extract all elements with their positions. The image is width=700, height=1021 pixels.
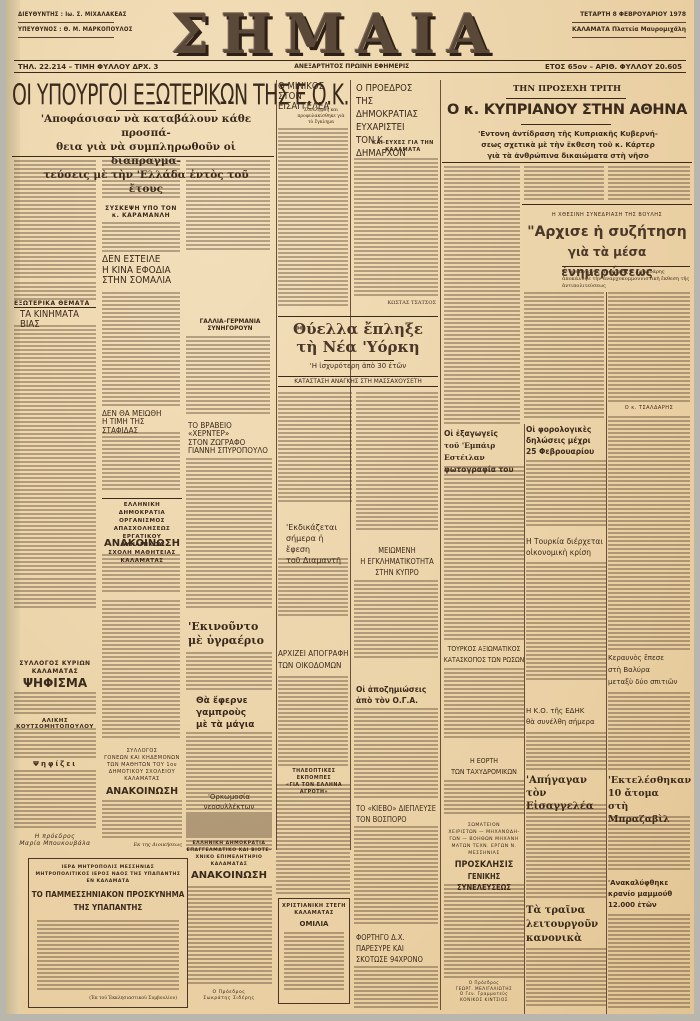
headline-line: Οἱ ἀποζημιώσεις [356, 684, 440, 695]
kyprianou-body-col2 [524, 166, 604, 202]
rule [116, 110, 216, 111]
headline-line: ΠΑΡΕΣΥΡΕ ΚΑΙ [356, 943, 440, 954]
school-signature: Εκ της Διοικήσεως [116, 842, 182, 848]
exports-body [444, 466, 524, 642]
headline-line: κρανίο μαμμούθ [608, 889, 692, 900]
union-kicker: ΣΩΜΑΤΕΙΟΝ ΧΕΙΡΙΣΤΩΝ — ΜΗΧΑΝΟΔΗ- ΓΩΝ — ΒΟ… [442, 822, 526, 857]
headline-line: 'Απήγαγαν [526, 774, 608, 787]
headline-line: ΔΕΝ ΕΣΤΕΙΛΕ [102, 255, 182, 266]
parliament-deck: 'Ο ὑφυπουργὸς Προεδρίας κ. Τσαλδάρης ἀπο… [562, 266, 690, 290]
kicker-line: ΤΗΛΕΟΠΤΙΚΕΣ ΕΚΠΟΜΠΕΣ [276, 768, 352, 782]
phone-price: ΤΗΛ. 22.214 – ΤΙΜΗ ΦΥΛΛΟΥ ΔΡΧ. 3 [18, 63, 158, 71]
kicker-line: ΧΡΙΣΤΙΑΝΙΚΗ ΣΤΕΓΗ [279, 903, 349, 910]
headline-line: λειτουργοῦν [526, 918, 608, 932]
kievo-body [354, 826, 438, 926]
newspaper-title: ΣΗΜΑΙΑ [166, 4, 506, 64]
herder-body [186, 458, 272, 608]
apografi-body [278, 676, 348, 766]
minikos-deck: Συνελήφθη και προφυλακίσθηκε γιὰ τὸ ἔγκλ… [296, 108, 346, 126]
oath-body [186, 814, 272, 836]
turkey-body [526, 562, 606, 680]
headline-line: ΓΙΑΝΝΗ ΣΠΥΡΟΠΟΥΛΟ [188, 447, 274, 455]
headline-line: ΤΟΥΡΚΟΣ ΑΞΙΩΜΑΤΙΚΟΣ [442, 644, 526, 655]
signature-name: Μαρία Μπουκουβάλα [14, 840, 96, 847]
kicker-line: ΣΥΛΛΟΓΟΣ [102, 748, 182, 755]
school-headline: ΑΝΑΚΟΙΝΩΣΗ [102, 786, 182, 797]
syskepsi-kicker: ΣΥΣΚΕΨΗ ΥΠΟ ΤΟΝ κ. ΚΑΡΑΜΑΝΛΗ [102, 205, 180, 219]
eok-subhead-line: 'Αποφάσισαν νὰ καταβάλουν κάθε προσπά- [28, 112, 264, 140]
kicker-line: ΓΩΝ — ΒΟΗΘΩΝ ΜΗΧΑΝΗ [442, 836, 526, 843]
kicker-line: ΚΑΛΑΜΑΤΑΣ [186, 861, 272, 868]
technical-kicker: ΕΛΛΗΝΙΚΗ ΔΗΜΟΚΡΑΤΙΑ ΕΠΑΓΓΕΛΜΑΤΙΚΟ ΚΑΙ ΒΙ… [186, 840, 272, 868]
psifisma-headline: ΨΗΦΙΣΜΑ [14, 676, 96, 690]
farmers-body [276, 784, 350, 896]
director-credit: ΔΙΕΥΘΥΝΤΗΣ : Ιω. Σ. ΜΙΧΑΛΑΚΕΑΣ [18, 8, 114, 23]
grooms-headline: Θὰ ἔφερνε γαμπροὺς μὲ τὰ μάγια [196, 695, 276, 731]
signature-line: ΚΟΝΙΚΟΣ ΚΙΝΤΣΙΟΣ [442, 997, 526, 1003]
taxes-headline: Οἱ φορολογικὲς δηλώσεις μέχρι 25 Φεβρουα… [526, 424, 606, 457]
truck-headline: ΦΟΡΤΗΓΟ Δ.Χ. ΠΑΡΕΣΥΡΕ ΚΑΙ ΣΚΟΤΩΣΕ 94ΧΡΟΝ… [356, 932, 440, 965]
pasok-meeting-headline: Η Κ.Ο. τῆς ΕΔΗΚ θὰ συνέλθη σήμερα [526, 706, 608, 728]
signature-role: Η πρόεδρος [14, 833, 96, 840]
headline-line: ΤΗΣ ΔΗΜΟΚΡΑΤΙΑΣ [356, 95, 436, 121]
headline-line: θὰ συνέλθη σήμερα [526, 717, 608, 728]
kicker-line: ΚΑΛΑΜΑΤΑΣ [102, 776, 182, 783]
pilgrimage-notice: ΙΕΡΑ ΜΗΤΡΟΠΟΛΙΣ ΜΕΣΣΗΝΙΑΣ ΜΗΤΡΟΠΟΛΙΤΙΚΟΣ… [28, 858, 188, 1008]
column-divider [276, 80, 277, 850]
technical-headline: ΑΝΑΚΟΙΝΩΣΗ [186, 870, 272, 882]
oath-headline: 'Ορκωμοσία νεοσυλλέκτων [186, 792, 272, 812]
kyprianou-body-col3 [608, 166, 690, 202]
headline-line: Θὰ ἔφερνε [196, 695, 276, 707]
headline-line: ΤΟΝ ΒΟΣΠΟΡΟ [356, 814, 442, 825]
headline-line: 'Ανακαλύφθηκε [608, 878, 692, 889]
newyork-subhead: ΚΑΤΑΣΤΑΣΗ ΑΝΑΓΚΗΣ ΣΤΗ ΜΑΣΣΑΧΟΥΣΕΤΗ [278, 376, 438, 387]
kicker-line: ΕΛΛΗΝΙΚΗ ΔΗΜΟΚΡΑΤΙΑ [102, 501, 182, 517]
headline-line: ΜΕΙΩΜΕΝΗ [354, 545, 440, 556]
oaed-headline: ΑΝΑΚΟΙΝΩΣΗ [102, 538, 182, 550]
oga-body [354, 708, 438, 798]
oga-headline: Οἱ ἀποζημιώσεις ἀπὸ τὸν Ο.Γ.Α. [356, 684, 440, 706]
kicker-line: ΧΝΙΚΟ ΕΠΙΜΕΛΗΤΗΡΙΟ [186, 854, 272, 861]
psifisma-body [14, 692, 96, 716]
headline-line: ΣΚΟΤΩΣΕ 94ΧΡΟΝΟ [356, 954, 440, 965]
headline-line: ΤΟ «ΚΙΕΒΟ» ΔΙΕΠΛΕΥΣΕ [356, 803, 442, 814]
headline-line: Κεραυνὸς ἔπεσε [608, 652, 692, 664]
headline-line: νεοσυλλέκτων [186, 802, 272, 812]
somalia-headline: ΔΕΝ ΕΣΤΕΙΛΕ Η ΚΙΝΑ ΕΦΟΔΙΑ ΣΤΗΝ ΣΟΜΑΛΙΑ [102, 255, 182, 287]
pilgrimage-kicker: ΙΕΡΑ ΜΗΤΡΟΠΟΛΙΣ ΜΕΣΣΗΝΙΑΣ ΜΗΤΡΟΠΟΛΙΤΙΚΟΣ… [29, 864, 187, 885]
school-kicker: ΣΥΛΛΟΓΟΣ ΓΟΝΕΩΝ ΚΑΙ ΚΗΔΕΜΟΝΩΝ ΤΩΝ ΜΑΘΗΤΩ… [102, 748, 182, 783]
kicker-line: ΜΕΣΣΗΝΙΑΣ [442, 850, 526, 857]
headline-line: σήμερα ἡ ἔφεση [286, 533, 350, 555]
parliament-body-col2 [608, 292, 690, 402]
trains-headline: Τὰ τραῖνα λειτουργοῦν κανονικὰ [526, 904, 608, 946]
kicker-line: ΧΕΙΡΙΣΤΩΝ — ΜΗΧΑΝΟΔΗ- [442, 829, 526, 836]
kicker-line: ΕΝ ΚΑΛΑΜΑΤΑ [29, 878, 187, 885]
parliament-body-col1 [524, 292, 604, 420]
kicker-line: ΚΑΛΑΜΑΤΑΣ [14, 668, 96, 676]
headline-line: Η Τουρκία διέρχεται [526, 536, 608, 547]
kyprianou-kicker: ΤΗΝ ΠΡΟΣΕΧΗ ΤΡΙΤΗ [442, 85, 692, 95]
foreign-kicker: ΕΞΩΤΕΡΙΚΑ ΘΕΜΑΤΑ [14, 300, 96, 308]
germany-body [186, 336, 270, 416]
headline-line: ΣΥΝΗΓΟΡΟΥΝ [188, 325, 272, 332]
rule [521, 124, 611, 125]
christian-headline: ΟΜΙΛΙΑ [279, 920, 349, 928]
headline-line: Οἱ ἐξαγωγεῖς [444, 428, 524, 440]
minikos-body [278, 128, 348, 308]
psifisma-kicker: ΣΥΛΛΟΓΟΣ ΚΥΡΙΩΝ ΚΑΛΑΜΑΤΑΣ [14, 660, 96, 676]
parliament-kicker: Η ΧΘΕΣΙΝΗ ΣΥΝΕΔΡΙΑΣΗ ΤΗΣ ΒΟΥΛΗΣ [522, 212, 692, 218]
pilgrimage-body [37, 920, 179, 990]
headline-line: ΠΡΟΣΚΛΗΣΙΣ [442, 860, 526, 871]
headline-line: 25 Φεβρουαρίου [526, 446, 606, 457]
trains-body [526, 948, 606, 1006]
subhead-line: γιὰ τὰ ἀνθρώπινα δικαιώματα στὴ νῆσο [452, 150, 684, 161]
cyprus-crime-body [354, 580, 438, 660]
kievo-headline: ΤΟ «ΚΙΕΒΟ» ΔΙΕΠΛΕΥΣΕ ΤΟΝ ΒΟΣΠΟΡΟ [356, 803, 442, 825]
headline-line: 'Ορκωμοσία [186, 792, 272, 802]
kyprianou-subhead: 'Εντονη ἀντίδραση τῆς Κυπριακῆς Κυβερνή-… [452, 128, 684, 161]
headline-line: ΑΡΧΙΖΕΙ ΑΠΟΓΡΑΦΗ [278, 648, 350, 660]
kicker-line: ΚΑΛΑΜΑΤΑΣ [279, 910, 349, 917]
parliament-byline: Ο κ. ΤΣΑΛΔΑΡΗΣ [608, 405, 690, 411]
column-divider [440, 80, 441, 1010]
headline-line: ΚΑΤΑΣΚΟΠΟΣ ΤΩΝ ΡΩΣΩΝ [442, 655, 526, 666]
psifisma-verb: Ψηφίζει [14, 760, 96, 768]
hijack-headline: 'Εκινοῦντο μὲ ὑγραέριο [188, 620, 274, 648]
headline-line: 'Εκτελέσθηκαν [608, 774, 692, 787]
masthead-staff: ΔΙΕΥΘΥΝΤΗΣ : Ιω. Σ. ΜΙΧΑΛΑΚΕΑΣ ΥΠΕΥΘΥΝΟΣ… [18, 8, 114, 38]
lightning-body [608, 692, 690, 770]
kicker-line: ΤΩΝ ΜΑΘΗΤΩΝ ΤΟΥ 1ου [102, 762, 182, 769]
headline-line: Η ΕΓΚΛΗΜΑΤΙΚΟΤΗΤΑ [354, 556, 440, 567]
headline-line: ΣΤΗΝ ΣΟΜΑΛΙΑ [102, 276, 182, 287]
rule [442, 162, 692, 163]
brazzaville-body [608, 816, 690, 872]
newyork-body [278, 392, 352, 502]
issue-number: ΕΤΟΣ 65ον – ΑΡΙΘ. ΦΥΛΛΟΥ 20.605 [545, 63, 682, 71]
headline-line: 'Εκινοῦντο [188, 620, 274, 634]
rule [12, 156, 274, 157]
lightning-headline: Κεραυνὸς ἔπεσε στὴ Βαλύρα μεταξὺ δύο σπι… [608, 652, 692, 688]
diamantis-body [278, 558, 348, 618]
masthead-bar: ΤΗΛ. 22.214 – ΤΙΜΗ ΦΥΛΛΟΥ ΔΡΧ. 3 ΑΝΕΞΑΡΤ… [14, 60, 686, 73]
postal-headline: Η ΕΟΡΤΗ ΤΩΝ ΤΑΧΥΔΡΟΜΙΚΩΝ [442, 756, 526, 778]
kicker-line: ΕΛΛΗΝΙΚΗ ΔΗΜΟΚΡΑΤΙΑ [186, 840, 272, 847]
psifisma-signature: Η πρόεδρος Μαρία Μπουκουβάλα [14, 833, 96, 847]
germany-headline: ΓΑΛΛΙΑ–ΓΕΡΜΑΝΙΑ ΣΥΝΗΓΟΡΟΥΝ [188, 318, 272, 332]
rule [324, 360, 394, 361]
kicker-line: ΕΠΑΓΓΕΛΜΑΤΙΚΟ ΚΑΙ ΒΙΟΤΕ- [186, 847, 272, 854]
masthead-info: ΤΕΤΑΡΤΗ 8 ΦΕΒΡΟΥΑΡΙΟΥ 1978 ΚΑΛΑΜΑΤΑ Πλατ… [572, 8, 686, 38]
mammoth-body [608, 914, 690, 1008]
psifisma-body-2 [14, 728, 96, 758]
technical-body [188, 886, 272, 986]
prosecutor-body [526, 804, 606, 900]
headline-line: 10 ἄτομα [608, 787, 692, 800]
parliament-body-col2b [608, 416, 690, 652]
kicker-line: ΓΟΝΕΩΝ ΚΑΙ ΚΗΔΕΜΟΝΩΝ [102, 755, 182, 762]
signature-line: Σωκράτης Σιδέρης [186, 996, 272, 1002]
headline-line: ΤΟ ΒΡΑΒΕΙΟ «ΧΕΡΝΤΕΡ» [188, 422, 274, 439]
headline-line: μὲ ὑγραέριο [188, 634, 274, 648]
headline-line: 12.000 ἐτῶν [608, 900, 692, 911]
psifisma-body-3 [14, 770, 96, 830]
eok-body [14, 160, 96, 280]
headline-line: Οἱ φορολογικὲς [526, 424, 606, 435]
kyprianou-body-col1 [444, 166, 520, 426]
kicker-line: ΟΡΓΑΝΙΣΜΟΣ ΑΠΑΣΧΟΛΗΣΕΩΣ [102, 517, 182, 533]
taxes-body [526, 460, 606, 526]
column-divider [524, 424, 525, 1014]
christian-kicker: ΧΡΙΣΤΙΑΝΙΚΗ ΣΤΕΓΗ ΚΑΛΑΜΑΤΑΣ [279, 903, 349, 917]
pasok-meeting-body [526, 732, 606, 772]
president-body [354, 158, 438, 298]
kicker-line: ΣΩΜΑΤΕΙΟΝ [442, 822, 526, 829]
kicker-text: ΣΥΣΚΕΨΗ ΥΠΟ ΤΟΝ κ. ΚΑΡΑΜΑΝΛΗ [102, 205, 180, 219]
headline-line: στὴ Βαλύρα [608, 664, 692, 676]
headline-line: "Αρχισε ἡ συζήτηση [522, 222, 692, 242]
kyprianou-headline: Ο κ. ΚΥΠΡΙΑΝΟΥ ΣΤΗΝ ΑΘΗΝΑ [442, 102, 692, 119]
stafida-body [102, 432, 180, 492]
spy-headline: ΤΟΥΡΚΟΣ ΑΞΙΩΜΑΤΙΚΟΣ ΚΑΤΑΣΚΟΠΟΣ ΤΩΝ ΡΩΣΩΝ [442, 644, 526, 666]
technical-signature: Ο Πρόεδρος Σωκράτης Σιδέρης [186, 990, 272, 1002]
editor-credit: ΥΠΕΥΘΥΝΟΣ : Θ. Μ. ΜΑΡΚΟΠΟΥΛΟΣ [18, 23, 114, 38]
headline-line: Η ΕΟΡΤΗ [442, 756, 526, 767]
kicker-line: ΜΗΤΡΟΠΟΛΙΤΙΚΟΣ ΙΕΡΟΣ ΝΑΟΣ ΤΗΣ ΥΠΑΠΑΝΤΗΣ [29, 871, 187, 878]
union-signature: Ο Πρόεδρος ΓΕΩΡΓ. ΜΕΛΙΓΑΛΙΩΤΗΣ Ο Γεν. Γρ… [442, 980, 526, 1002]
rule [522, 204, 692, 205]
headline-line: μὲ τὰ μάγια [196, 719, 276, 731]
apografi-headline: ΑΡΧΙΖΕΙ ΑΠΟΓΡΑΦΗ ΤΩΝ ΟΙΚΟΔΟΜΩΝ [278, 648, 350, 672]
kicker-line: ΣΥΛΛΟΓΟΣ ΚΥΡΙΩΝ [14, 660, 96, 668]
kicker-line: ΙΕΡΑ ΜΗΤΡΟΠΟΛΙΣ ΜΕΣΣΗΝΙΑΣ [29, 864, 187, 871]
headline-line: ΣΤΗΝ ΚΥΠΡΟ [354, 567, 440, 578]
rule [278, 316, 438, 317]
newyork-body-col2 [356, 392, 438, 532]
subhead-line: σεως σχετικὰ μὲ τὴν ἔκθεση τοῦ κ. Κάρτερ [452, 139, 684, 150]
syskepsi-body [102, 222, 180, 252]
union-body [444, 884, 524, 980]
headline-line: ΦΟΡΤΗΓΟ Δ.Χ. [356, 932, 440, 943]
office-address: ΚΑΛΑΜΑΤΑ Πλατεία Μαυρομιχάλη [572, 23, 686, 38]
tagline: ΑΝΕΞΑΡΤΗΤΟΣ ΠΡΩΙΝΗ ΕΦΗΜΕΡΙΣ [294, 63, 409, 70]
headline-line: Η Κ.Ο. τῆς ΕΔΗΚ [526, 706, 608, 717]
christian-body [284, 932, 344, 992]
hijack-body [186, 652, 272, 692]
newspaper-page: ΔΙΕΥΘΥΝΤΗΣ : Ιω. Σ. ΜΙΧΑΛΑΚΕΑΣ ΥΠΕΥΘΥΝΟΣ… [6, 0, 694, 1014]
oaed-body [102, 554, 180, 594]
newyork-deck: 'Η ἰσχυρότερη ἀπὸ 30 ἐτῶν [278, 362, 438, 370]
issue-date: ΤΕΤΑΡΤΗ 8 ΦΕΒΡΟΥΑΡΙΟΥ 1978 [572, 8, 686, 23]
somalia-body [102, 292, 180, 382]
spy-body [444, 668, 524, 740]
headline-line: ΤΗΣ ΥΠΑΠΑΝΤΗΣ [29, 901, 187, 914]
pilgrimage-signature: (Ἐκ τοῦ Ἐκκλησιαστικοῦ Συμβουλίου) [29, 996, 187, 1001]
eok-body-col3 [186, 160, 270, 250]
school-left-body [102, 600, 180, 740]
president-deck: ΚΑΙ ΕΥΧΕΣ ΓΙΑ ΤΗΝ ΚΑΛΑΜΑΤΑ [368, 140, 438, 154]
headline-line: τοῦ 'Εμπάιρ Εστέιλαν [444, 440, 524, 464]
subhead-line: 'Εντονη ἀντίδραση τῆς Κυπριακῆς Κυβερνή- [452, 128, 684, 139]
pilgrimage-headline: ΤΟ ΠΑΜΜΕΣΣΗΝΙΑΚΟΝ ΠΡΟΣΚΥΝΗΜΑ ΤΗΣ ΥΠΑΠΑΝΤ… [29, 888, 187, 914]
headline-line: ΕΥΧΑΡΙΣΤΕΙ [356, 121, 436, 134]
truck-body [354, 966, 438, 1008]
headline-line: κανονικὰ [526, 932, 608, 946]
school-body [102, 800, 182, 840]
mammoth-headline: 'Ανακαλύφθηκε κρανίο μαμμούθ 12.000 ἐτῶν [608, 878, 692, 911]
headline-line: γαμπροὺς [196, 707, 276, 719]
herder-headline: ΤΟ ΒΡΑΒΕΙΟ «ΧΕΡΝΤΕΡ» ΣΤΟΝ ΖΩΓΡΑΦΟ ΓΙΑΝΝΗ… [188, 422, 274, 456]
headline-line: 'Εκδικάζεται [286, 522, 350, 533]
headline-line: οἰκονομικὴ κρίση [526, 547, 608, 558]
headline-line: Ο ΠΡΟΕΔΡΟΣ [356, 82, 436, 95]
headline-line: δηλώσεις μέχρι [526, 435, 606, 446]
rule [506, 98, 626, 99]
col1-body [14, 282, 96, 300]
newyork-headline: Θύελλα ἔπληξε τὴ Νέα 'Υόρκη [278, 320, 438, 356]
headline-line: ΤΩΝ ΤΑΧΥΔΡΟΜΙΚΩΝ [442, 767, 526, 778]
col1-body-2 [14, 578, 96, 610]
headline-line: ΤΩΝ ΟΙΚΟΔΟΜΩΝ [278, 660, 350, 672]
column-divider [606, 292, 607, 1014]
headline-line: Τὰ τραῖνα [526, 904, 608, 918]
christian-notice: ΧΡΙΣΤΙΑΝΙΚΗ ΣΤΕΓΗ ΚΑΛΑΜΑΤΑΣ ΟΜΙΛΙΑ [278, 898, 350, 1004]
col2-body [102, 384, 180, 408]
eok-body-col2 [102, 160, 180, 200]
postal-body [444, 780, 524, 816]
eok-headline: ΟΙ ΥΠΟΥΡΓΟΙ ΕΞΩΤΕΡΙΚΩΝ ΤΗΣ Ε.Ο.Κ. [12, 80, 274, 110]
headline-line: ἀπὸ τὸν Ο.Γ.Α. [356, 695, 440, 706]
foreign-body [14, 325, 96, 575]
cyprus-crime-headline: ΜΕΙΩΜΕΝΗ Η ΕΓΚΛΗΜΑΤΙΚΟΤΗΤΑ ΣΤΗΝ ΚΥΠΡΟ [354, 545, 440, 578]
headline-line: ΤΟ ΠΑΜΜΕΣΣΗΝΙΑΚΟΝ ΠΡΟΣΚΥΝΗΜΑ [29, 888, 187, 901]
turkey-headline: Η Τουρκία διέρχεται οἰκονομικὴ κρίση [526, 536, 608, 558]
kicker-line: ΜΑΤΩΝ ΤΕΧΝ. ΕΡΓΩΝ Ν. [442, 843, 526, 850]
kicker-line: ΔΗΜΟΤΙΚΟΥ ΣΧΟΛΕΙΟΥ [102, 769, 182, 776]
headline-line: τὴ Νέα 'Υόρκη [278, 338, 438, 356]
headline-line: Θύελλα ἔπληξε [278, 320, 438, 338]
headline-line: μεταξὺ δύο σπιτιῶν [608, 676, 692, 688]
president-signature: ΚΩΣΤΑΣ ΤΣΑΤΣΟΣ [366, 300, 436, 306]
